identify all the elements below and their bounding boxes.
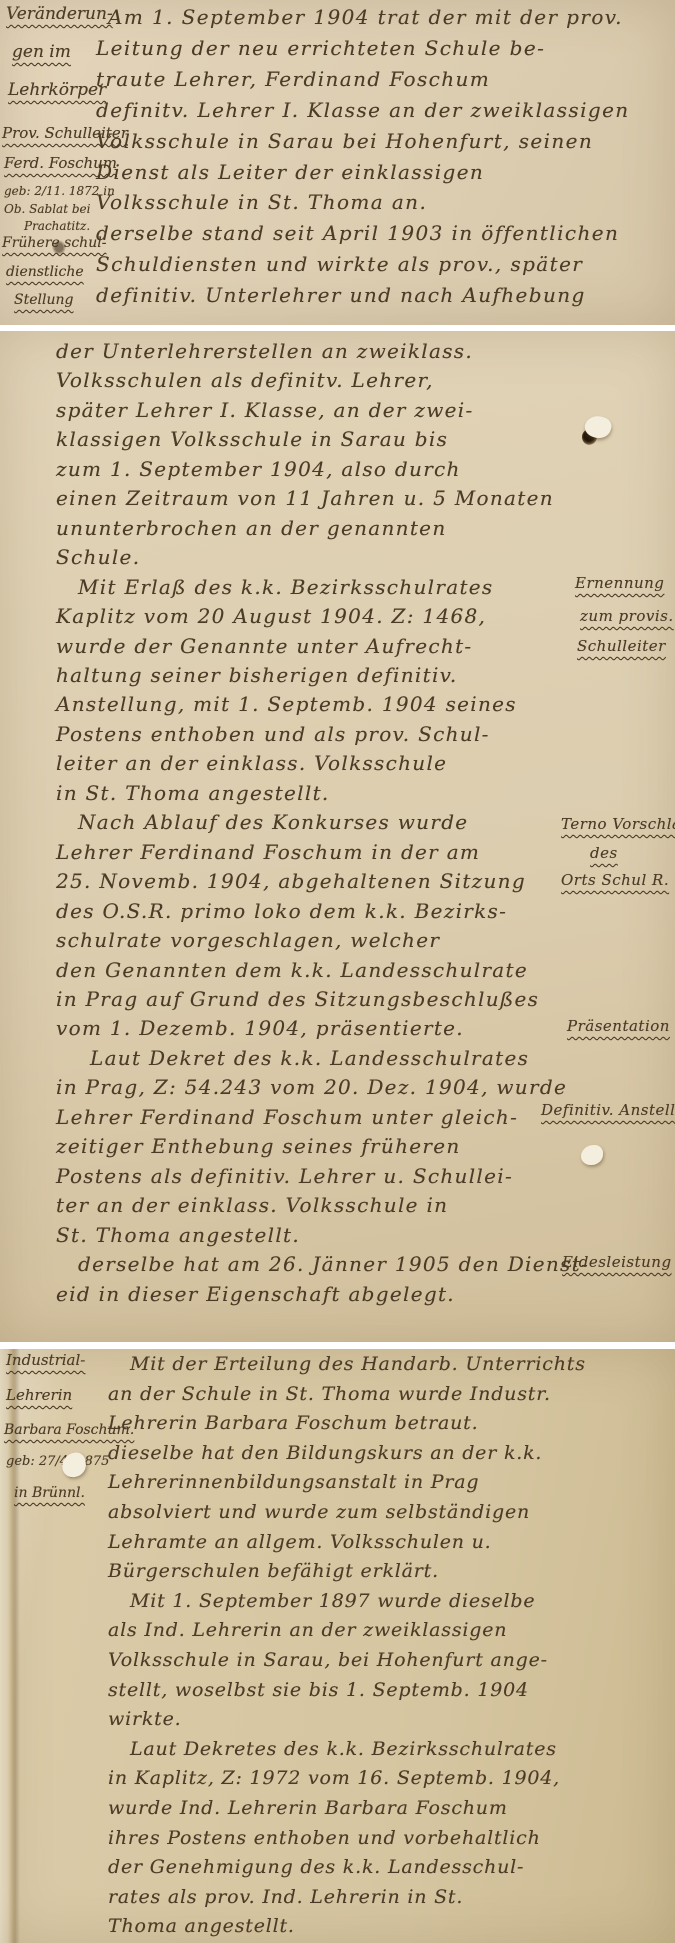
text-line: Laut Dekretes des k.k. Bezirksschulrates bbox=[108, 1735, 672, 1765]
punch-hole bbox=[586, 1149, 599, 1163]
text-line: der Unterlehrerstellen an zweiklass. bbox=[56, 337, 581, 366]
text-line: Leitung der neu errichteten Schule be- bbox=[96, 33, 671, 64]
text-line: derselbe stand seit April 1903 in öffent… bbox=[96, 218, 671, 249]
text-line: Lehramte an allgem. Volksschulen u. bbox=[108, 1528, 672, 1558]
margin-note: Schulleiter bbox=[577, 637, 666, 655]
text-line: Postens als definitiv. Lehrer u. Schulle… bbox=[56, 1162, 581, 1191]
text-line: leiter an der einklass. Volksschule bbox=[56, 749, 581, 778]
text-line: in Prag, Z: 54.243 vom 20. Dez. 1904, wu… bbox=[56, 1073, 581, 1102]
text-line: Lehrerin Barbara Foschum betraut. bbox=[108, 1409, 672, 1439]
text-line: Postens enthoben und als prov. Schul- bbox=[56, 720, 581, 749]
margin-note: Ernennung bbox=[575, 574, 664, 592]
text-line: definitiv. Unterlehrer und nach Aufhebun… bbox=[96, 280, 671, 311]
text-line: rates als prov. Ind. Lehrerin in St. bbox=[108, 1883, 672, 1913]
punch-hole bbox=[582, 429, 597, 445]
manuscript-text-block: der Unterlehrerstellen an zweiklass. Vol… bbox=[56, 337, 581, 1309]
text-line: Volksschulen als definitv. Lehrer, bbox=[56, 366, 581, 395]
text-line: ter an der einklass. Volksschule in bbox=[56, 1191, 581, 1220]
text-line: des O.S.R. primo loko dem k.k. Bezirks- bbox=[56, 897, 581, 926]
text-line: Bürgerschulen befähigt erklärt. bbox=[108, 1557, 672, 1587]
text-line: Kaplitz vom 20 August 1904. Z: 1468, bbox=[56, 602, 581, 631]
text-line: Volksschule in Sarau bei Hohenfurt, sein… bbox=[96, 126, 671, 157]
text-line: ihres Postens enthoben und vorbehaltlich bbox=[108, 1824, 672, 1854]
text-line: in Prag auf Grund des Sitzungsbeschlußes bbox=[56, 985, 581, 1014]
text-line: später Lehrer I. Klasse, an der zwei- bbox=[56, 396, 581, 425]
text-line: stellt, woselbst sie bis 1. Septemb. 190… bbox=[108, 1676, 672, 1706]
text-line: Schule. bbox=[56, 543, 581, 572]
text-line: schulrate vorgeschlagen, welcher bbox=[56, 926, 581, 955]
text-line: Volksschule in St. Thoma an. bbox=[96, 187, 671, 218]
text-line: Thoma angestellt. bbox=[108, 1912, 672, 1942]
text-line: Mit 1. September 1897 wurde dieselbe bbox=[108, 1587, 672, 1617]
text-line: Mit Erlaß des k.k. Bezirksschulrates bbox=[56, 573, 581, 602]
text-line: als Ind. Lehrerin an der zweiklassigen bbox=[108, 1616, 672, 1646]
text-line: Anstellung, mit 1. Septemb. 1904 seines bbox=[56, 690, 581, 719]
text-line: Laut Dekret des k.k. Landesschulrates bbox=[56, 1044, 581, 1073]
text-line: Mit der Erteilung des Handarb. Unterrich… bbox=[108, 1350, 672, 1380]
text-line: an der Schule in St. Thoma wurde Industr… bbox=[108, 1380, 672, 1410]
margin-note: Präsentation bbox=[567, 1017, 670, 1035]
margin-note: gen im bbox=[12, 42, 71, 62]
margin-note: dienstliche bbox=[6, 264, 84, 280]
text-line: dieselbe hat den Bildungskurs an der k.k… bbox=[108, 1439, 672, 1469]
text-line: derselbe hat am 26. Jänner 1905 den Dien… bbox=[56, 1250, 581, 1279]
text-line: 25. Novemb. 1904, abgehaltenen Sitzung bbox=[56, 867, 581, 896]
text-line: zum 1. September 1904, also durch bbox=[56, 455, 581, 484]
text-line: der Genehmigung des k.k. Landesschul- bbox=[108, 1853, 672, 1883]
text-line: Dienst als Leiter der einklassigen bbox=[96, 157, 671, 188]
margin-note: geb: 27/4. 1875 bbox=[6, 1454, 109, 1469]
text-line: eid in dieser Eigenschaft abgelegt. bbox=[56, 1280, 581, 1309]
margin-note: des bbox=[590, 844, 618, 862]
text-line: haltung seiner bisherigen definitiv. bbox=[56, 661, 581, 690]
margin-note: Lehrerin bbox=[6, 1386, 72, 1404]
text-line: in Kaplitz, Z: 1972 vom 16. Septemb. 190… bbox=[108, 1764, 672, 1794]
manuscript-text-block: Am 1. September 1904 trat der mit der pr… bbox=[96, 2, 671, 311]
text-line: Lehrer Ferdinand Foschum in der am bbox=[56, 838, 581, 867]
text-line: Lehrer Ferdinand Foschum unter gleich- bbox=[56, 1103, 581, 1132]
text-line: den Genannten dem k.k. Landesschulrate bbox=[56, 956, 581, 985]
text-line: Am 1. September 1904 trat der mit der pr… bbox=[96, 2, 671, 33]
text-line: St. Thoma angestellt. bbox=[56, 1221, 581, 1250]
margin-note: Industrial- bbox=[6, 1351, 85, 1369]
text-line: wurde der Genannte unter Aufrecht- bbox=[56, 632, 581, 661]
scan-page-1: Veränderun- gen im Lehrkörper Prov. Schu… bbox=[0, 0, 675, 325]
text-line: Volksschule in Sarau, bei Hohenfurt ange… bbox=[108, 1646, 672, 1676]
text-line: einen Zeitraum von 11 Jahren u. 5 Monate… bbox=[56, 484, 581, 513]
text-line: Schuldiensten und wirkte als prov., spät… bbox=[96, 249, 671, 280]
text-line: zeitiger Enthebung seines früheren bbox=[56, 1132, 581, 1161]
text-line: Lehrerinnenbildungsanstalt in Prag bbox=[108, 1468, 672, 1498]
text-line: wirkte. bbox=[108, 1705, 672, 1735]
manuscript-text-block: Mit der Erteilung des Handarb. Unterrich… bbox=[108, 1350, 672, 1942]
scan-page-3: Industrial- Lehrerin Barbara Foschum. ge… bbox=[0, 1349, 675, 1943]
punch-hole bbox=[66, 1463, 79, 1478]
text-line: Nach Ablauf des Konkurses wurde bbox=[56, 808, 581, 837]
margin-note: Ob. Sablat bei bbox=[4, 202, 90, 216]
text-line: wurde Ind. Lehrerin Barbara Foschum bbox=[108, 1794, 672, 1824]
text-line: ununterbrochen an der genannten bbox=[56, 514, 581, 543]
margin-note: Prachatitz. bbox=[24, 219, 90, 233]
margin-note: zum provis. bbox=[580, 607, 674, 625]
margin-note: in Brünnl. bbox=[14, 1485, 85, 1501]
text-line: klassigen Volksschule in Sarau bis bbox=[56, 425, 581, 454]
text-line: vom 1. Dezemb. 1904, präsentierte. bbox=[56, 1014, 581, 1043]
margin-note: Lehrkörper bbox=[8, 80, 106, 100]
text-line: traute Lehrer, Ferdinand Foschum bbox=[96, 64, 671, 95]
text-line: in St. Thoma angestellt. bbox=[56, 779, 581, 808]
book-spine-edge bbox=[0, 1349, 20, 1943]
text-line: absolviert und wurde zum selbständigen bbox=[108, 1498, 672, 1528]
text-line: definitv. Lehrer I. Klasse an der zweikl… bbox=[96, 95, 671, 126]
scan-page-2: Ernennung zum provis. Schulleiter Terno … bbox=[0, 331, 675, 1342]
ink-blot bbox=[52, 240, 66, 255]
margin-note: Stellung bbox=[14, 292, 73, 308]
